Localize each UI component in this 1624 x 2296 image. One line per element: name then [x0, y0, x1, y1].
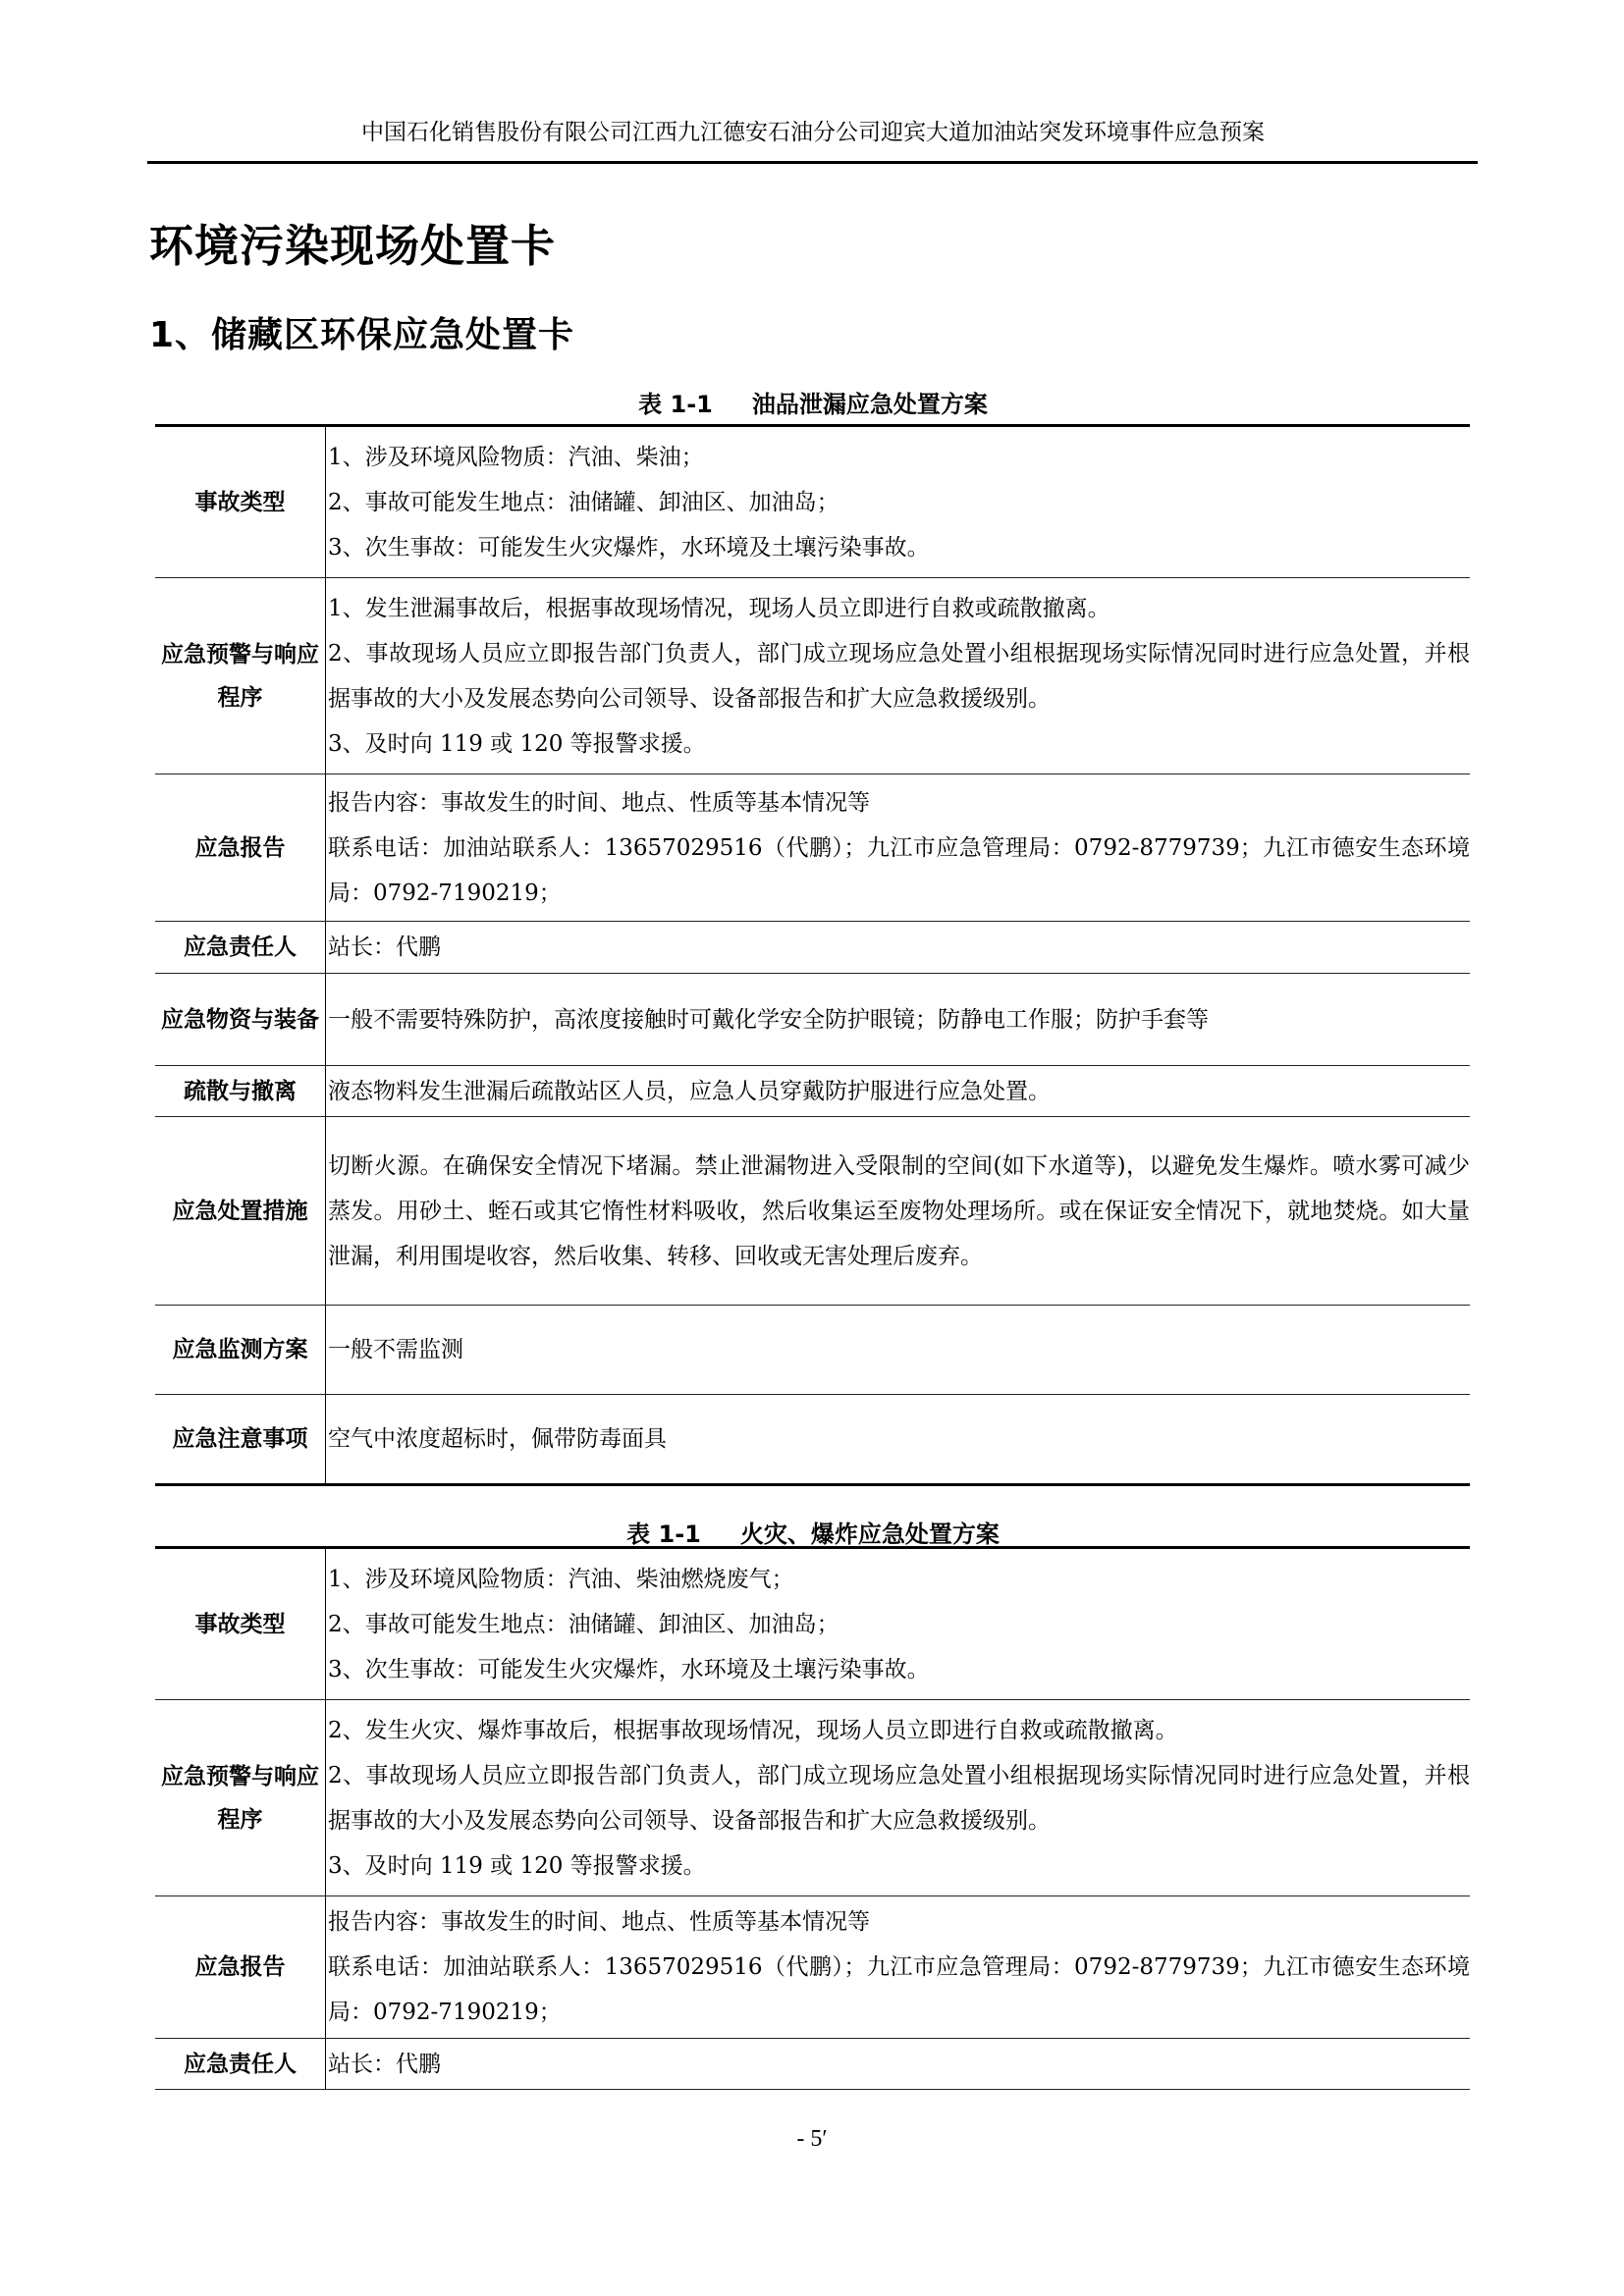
table-row: 应急预警与响应程序 2、发生火灾、爆炸事故后，根据事故现场情况，现场人员立即进行… [155, 1700, 1470, 1896]
row-content: 切断火源。在确保安全情况下堵漏。禁止泄漏物进入受限制的空间(如下水道等)，以避免… [326, 1117, 1471, 1306]
row-label: 应急报告 [155, 774, 326, 922]
row-content: 一般不需监测 [326, 1306, 1471, 1395]
row-label: 事故类型 [155, 1548, 326, 1700]
content-line: 3、次生事故：可能发生火灾爆炸，水环境及土壤污染事故。 [328, 525, 1470, 570]
table-row: 事故类型 1、涉及环境风险物质：汽油、柴油； 2、事故可能发生地点：油储罐、卸油… [155, 426, 1470, 578]
content-line: 1、涉及环境风险物质：汽油、柴油； [328, 435, 1470, 480]
row-content: 站长：代鹏 [326, 2039, 1471, 2090]
table-caption: 表 1-1油品泄漏应急处置方案 [155, 385, 1471, 419]
content-line: 3、及时向 119 或 120 等报警求援。 [328, 1843, 1470, 1889]
content-line: 1、涉及环境风险物质：汽油、柴油燃烧废气； [328, 1557, 1470, 1602]
content-line: 3、次生事故：可能发生火灾爆炸，水环境及土壤污染事故。 [328, 1647, 1470, 1692]
table-row: 应急注意事项 空气中浓度超标时，佩带防毒面具 [155, 1395, 1470, 1485]
row-content: 液态物料发生泄漏后疏散站区人员，应急人员穿戴防护服进行应急处置。 [326, 1066, 1471, 1117]
table-caption: 表 1-1火灾、爆炸应急处置方案 [155, 1515, 1471, 1549]
section-title: 1、储藏区环保应急处置卡 [149, 307, 574, 357]
content-line: 2、事故现场人员应立即报告部门负责人，部门成立现场应急处置小组根据现场实际情况同… [328, 631, 1470, 721]
table-caption-number: 表 1-1 [626, 1521, 701, 1548]
row-content: 报告内容：事故发生的时间、地点、性质等基本情况等 联系电话：加油站联系人：136… [326, 774, 1471, 922]
content-line: 液态物料发生泄漏后疏散站区人员，应急人员穿戴防护服进行应急处置。 [328, 1069, 1470, 1114]
row-content: 一般不需要特殊防护，高浓度接触时可戴化学安全防护眼镜；防静电工作服；防护手套等 [326, 974, 1471, 1066]
content-line: 报告内容：事故发生的时间、地点、性质等基本情况等 [328, 1899, 1470, 1945]
row-label: 应急报告 [155, 1896, 326, 2039]
table-row: 应急物资与装备 一般不需要特殊防护，高浓度接触时可戴化学安全防护眼镜；防静电工作… [155, 974, 1470, 1066]
content-line: 2、事故现场人员应立即报告部门负责人，部门成立现场应急处置小组根据现场实际情况同… [328, 1753, 1470, 1843]
row-content: 1、涉及环境风险物质：汽油、柴油燃烧废气； 2、事故可能发生地点：油储罐、卸油区… [326, 1548, 1471, 1700]
table-row: 应急处置措施 切断火源。在确保安全情况下堵漏。禁止泄漏物进入受限制的空间(如下水… [155, 1117, 1470, 1306]
row-label: 应急处置措施 [155, 1117, 326, 1306]
row-content: 2、发生火灾、爆炸事故后，根据事故现场情况，现场人员立即进行自救或疏散撤离。 2… [326, 1700, 1471, 1896]
content-line: 一般不需要特殊防护，高浓度接触时可戴化学安全防护眼镜；防静电工作服；防护手套等 [328, 997, 1470, 1042]
table-caption-title: 火灾、爆炸应急处置方案 [740, 1521, 1000, 1548]
table-row: 应急监测方案 一般不需监测 [155, 1306, 1470, 1395]
content-line: 2、事故可能发生地点：油储罐、卸油区、加油岛； [328, 480, 1470, 525]
row-content: 站长：代鹏 [326, 922, 1471, 974]
row-content: 报告内容：事故发生的时间、地点、性质等基本情况等 联系电话：加油站联系人：136… [326, 1896, 1471, 2039]
row-label: 应急物资与装备 [155, 974, 326, 1066]
content-line: 3、及时向 119 或 120 等报警求援。 [328, 721, 1470, 767]
content-line: 切断火源。在确保安全情况下堵漏。禁止泄漏物进入受限制的空间(如下水道等)，以避免… [328, 1144, 1470, 1279]
table-row: 疏散与撤离 液态物料发生泄漏后疏散站区人员，应急人员穿戴防护服进行应急处置。 [155, 1066, 1470, 1117]
fire-explosion-response-table: 事故类型 1、涉及环境风险物质：汽油、柴油燃烧废气； 2、事故可能发生地点：油储… [155, 1546, 1470, 2090]
table-row: 应急报告 报告内容：事故发生的时间、地点、性质等基本情况等 联系电话：加油站联系… [155, 1896, 1470, 2039]
row-label: 事故类型 [155, 426, 326, 578]
content-line: 站长：代鹏 [328, 2042, 1470, 2087]
running-header: 中国石化销售股份有限公司江西九江德安石油分公司迎宾大道加油站突发环境事件应急预案 [155, 114, 1471, 146]
table-caption-title: 油品泄漏应急处置方案 [752, 391, 988, 418]
table-row: 应急预警与响应程序 1、发生泄漏事故后，根据事故现场情况，现场人员立即进行自救或… [155, 578, 1470, 774]
table-row: 应急责任人 站长：代鹏 [155, 2039, 1470, 2090]
content-line: 2、事故可能发生地点：油储罐、卸油区、加油岛； [328, 1602, 1470, 1647]
row-label: 应急责任人 [155, 2039, 326, 2090]
content-line: 1、发生泄漏事故后，根据事故现场情况，现场人员立即进行自救或疏散撤离。 [328, 586, 1470, 631]
row-content: 1、发生泄漏事故后，根据事故现场情况，现场人员立即进行自救或疏散撤离。 2、事故… [326, 578, 1471, 774]
content-line: 空气中浓度超标时，佩带防毒面具 [328, 1416, 1470, 1462]
oil-leak-response-table: 事故类型 1、涉及环境风险物质：汽油、柴油； 2、事故可能发生地点：油储罐、卸油… [155, 424, 1470, 1486]
table-row: 应急责任人 站长：代鹏 [155, 922, 1470, 974]
content-line: 一般不需监测 [328, 1327, 1470, 1372]
header-rule [147, 161, 1478, 164]
content-line: 报告内容：事故发生的时间、地点、性质等基本情况等 [328, 780, 1470, 826]
row-label: 应急责任人 [155, 922, 326, 974]
row-label: 应急预警与响应程序 [155, 1700, 326, 1896]
content-line: 联系电话：加油站联系人：13657029516（代鹏）；九江市应急管理局：079… [328, 1945, 1470, 2035]
row-content: 1、涉及环境风险物质：汽油、柴油； 2、事故可能发生地点：油储罐、卸油区、加油岛… [326, 426, 1471, 578]
table-row: 事故类型 1、涉及环境风险物质：汽油、柴油燃烧废气； 2、事故可能发生地点：油储… [155, 1548, 1470, 1700]
content-line: 联系电话：加油站联系人：13657029516（代鹏）；九江市应急管理局：079… [328, 826, 1470, 916]
table-row: 应急报告 报告内容：事故发生的时间、地点、性质等基本情况等 联系电话：加油站联系… [155, 774, 1470, 922]
content-line: 站长：代鹏 [328, 925, 1470, 970]
page-number: - 5′ [0, 2126, 1624, 2153]
row-label: 应急监测方案 [155, 1306, 326, 1395]
table-caption-number: 表 1-1 [638, 391, 713, 418]
row-label: 应急注意事项 [155, 1395, 326, 1485]
document-title: 环境污染现场处置卡 [149, 210, 556, 274]
row-label: 疏散与撤离 [155, 1066, 326, 1117]
row-content: 空气中浓度超标时，佩带防毒面具 [326, 1395, 1471, 1485]
row-label: 应急预警与响应程序 [155, 578, 326, 774]
content-line: 2、发生火灾、爆炸事故后，根据事故现场情况，现场人员立即进行自救或疏散撤离。 [328, 1708, 1470, 1753]
